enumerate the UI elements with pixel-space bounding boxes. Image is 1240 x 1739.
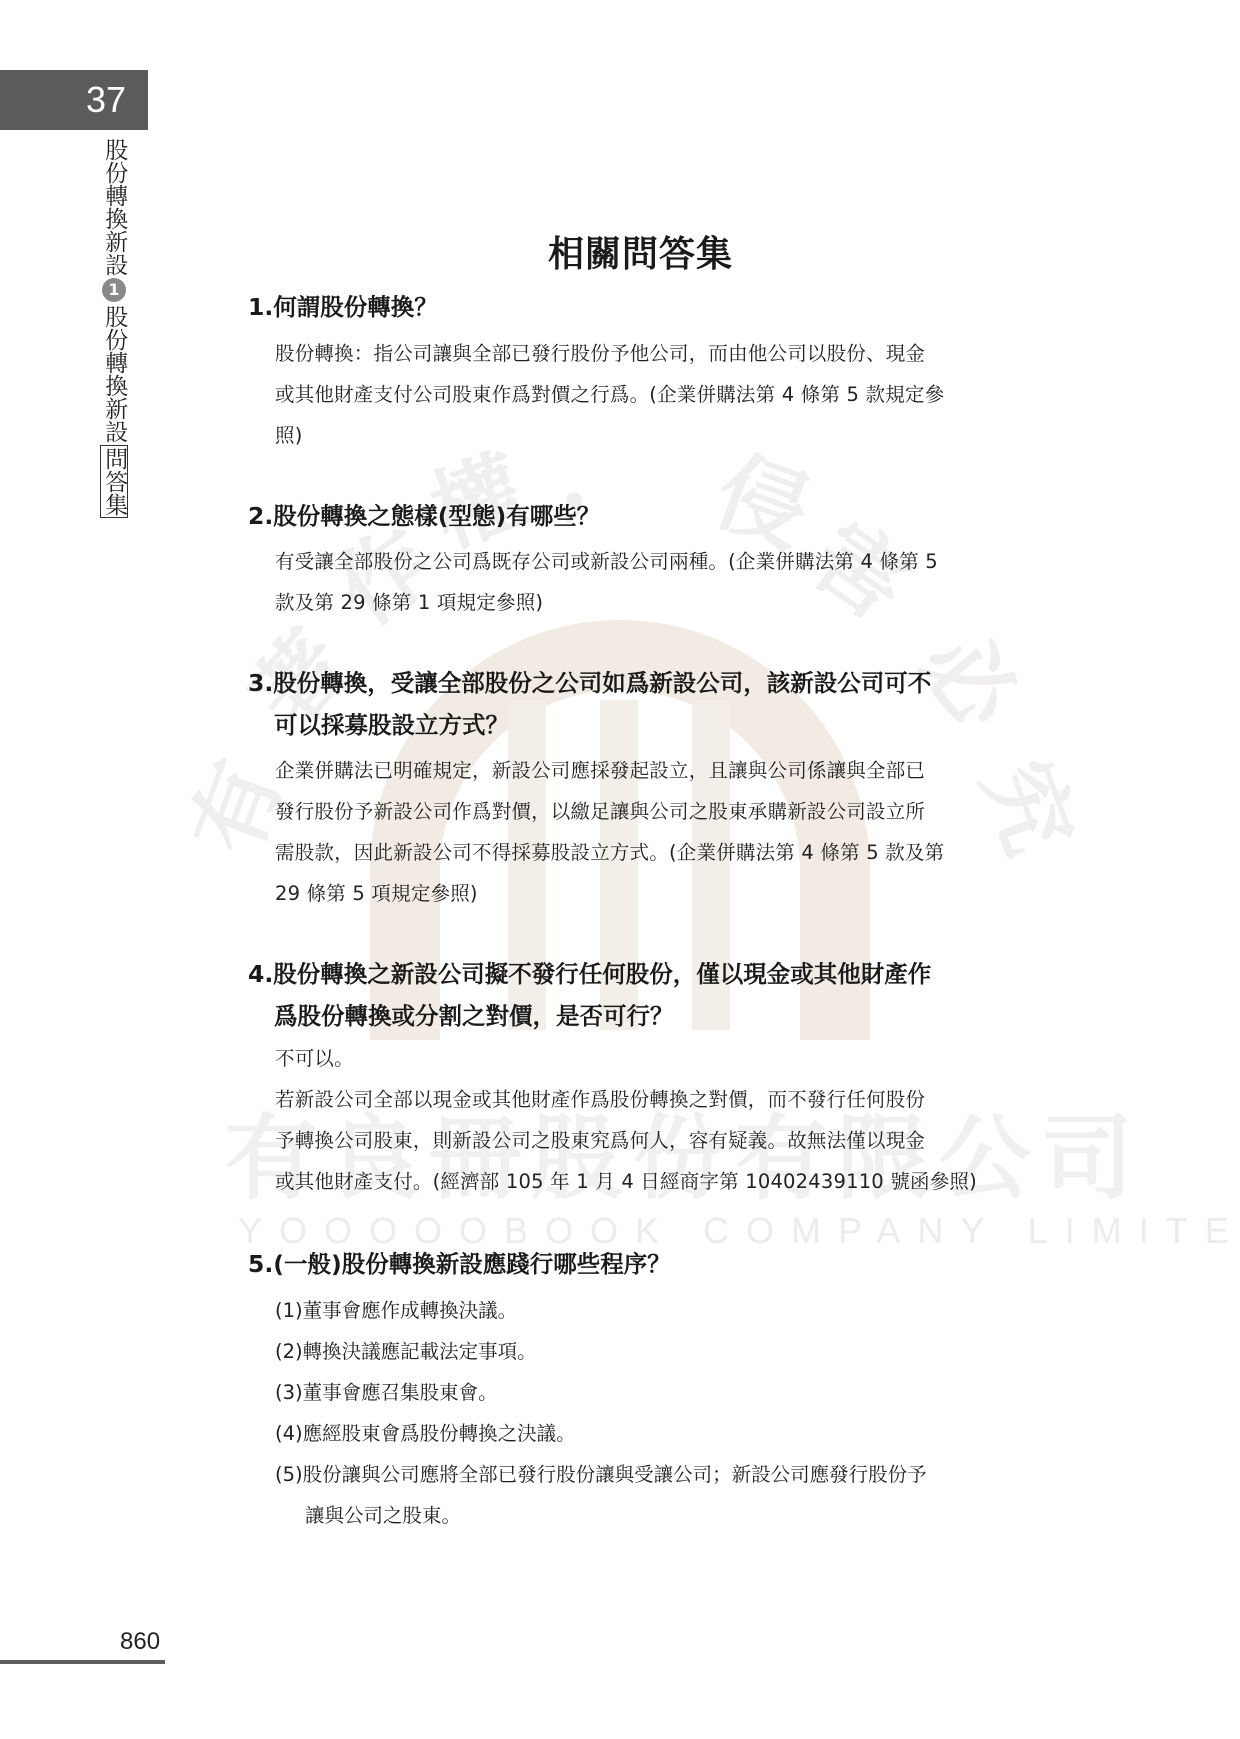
page-number: 860 bbox=[120, 1628, 160, 1656]
section-title: 股份轉換新設 bbox=[102, 305, 127, 443]
question-heading: 2.股份轉換之態樣(型態)有哪些？ bbox=[248, 495, 1028, 537]
footer-rule bbox=[0, 1660, 165, 1664]
answer-text: 有受讓全部股份之公司爲既存公司或新設公司兩種。(企業併購法第 4 條第 5 款及… bbox=[275, 541, 1050, 623]
question-heading: 5.(一般)股份轉換新設應踐行哪些程序？ bbox=[248, 1243, 1028, 1285]
procedure-step: (5)股份讓與公司應將全部已發行股份讓與受讓公司；新設公司應發行股份予 bbox=[275, 1454, 927, 1495]
chapter-number-box: 37 bbox=[0, 70, 148, 130]
question-heading: 1.何謂股份轉換？ bbox=[248, 286, 1028, 328]
procedure-step: (2)轉換決議應記載法定事項。 bbox=[275, 1331, 927, 1372]
side-chapter-title: 股份轉換新設 1 股份轉換新設 問答集 bbox=[100, 138, 128, 518]
answer-text: 企業併購法已明確規定，新設公司應採發起設立，且讓與公司係讓與全部已 發行股份予新… bbox=[275, 750, 1050, 914]
procedure-step: (1)董事會應作成轉換決議。 bbox=[275, 1290, 927, 1331]
section-number-badge: 1 bbox=[102, 278, 126, 302]
procedure-step: (4)應經股東會爲股份轉換之決議。 bbox=[275, 1413, 927, 1454]
procedure-step: (3)董事會應召集股東會。 bbox=[275, 1372, 927, 1413]
procedure-step-continuation: 讓與公司之股東。 bbox=[275, 1495, 927, 1536]
question-heading: 3.股份轉換，受讓全部股份之公司如爲新設公司，該新設公司可不 可以採募股設立方式… bbox=[248, 662, 1028, 746]
chapter-number: 37 bbox=[86, 79, 126, 120]
question-heading: 4.股份轉換之新設公司擬不發行任何股份，僅以現金或其他財產作 爲股份轉換或分割之… bbox=[248, 953, 1028, 1037]
qa-label-box: 問答集 bbox=[100, 445, 129, 518]
procedure-steps: (1)董事會應作成轉換決議。 (2)轉換決議應記載法定事項。 (3)董事會應召集… bbox=[275, 1290, 927, 1536]
answer-text: 不可以。 若新設公司全部以現金或其他財產作爲股份轉換之對價，而不發行任何股份 予… bbox=[275, 1038, 1050, 1202]
page-title: 相關問答集 bbox=[548, 226, 733, 277]
answer-text: 股份轉換：指公司讓與全部已發行股份予他公司，而由他公司以股份、現金 或其他財產支… bbox=[275, 333, 1050, 456]
chapter-title: 股份轉換新設 bbox=[102, 138, 127, 276]
